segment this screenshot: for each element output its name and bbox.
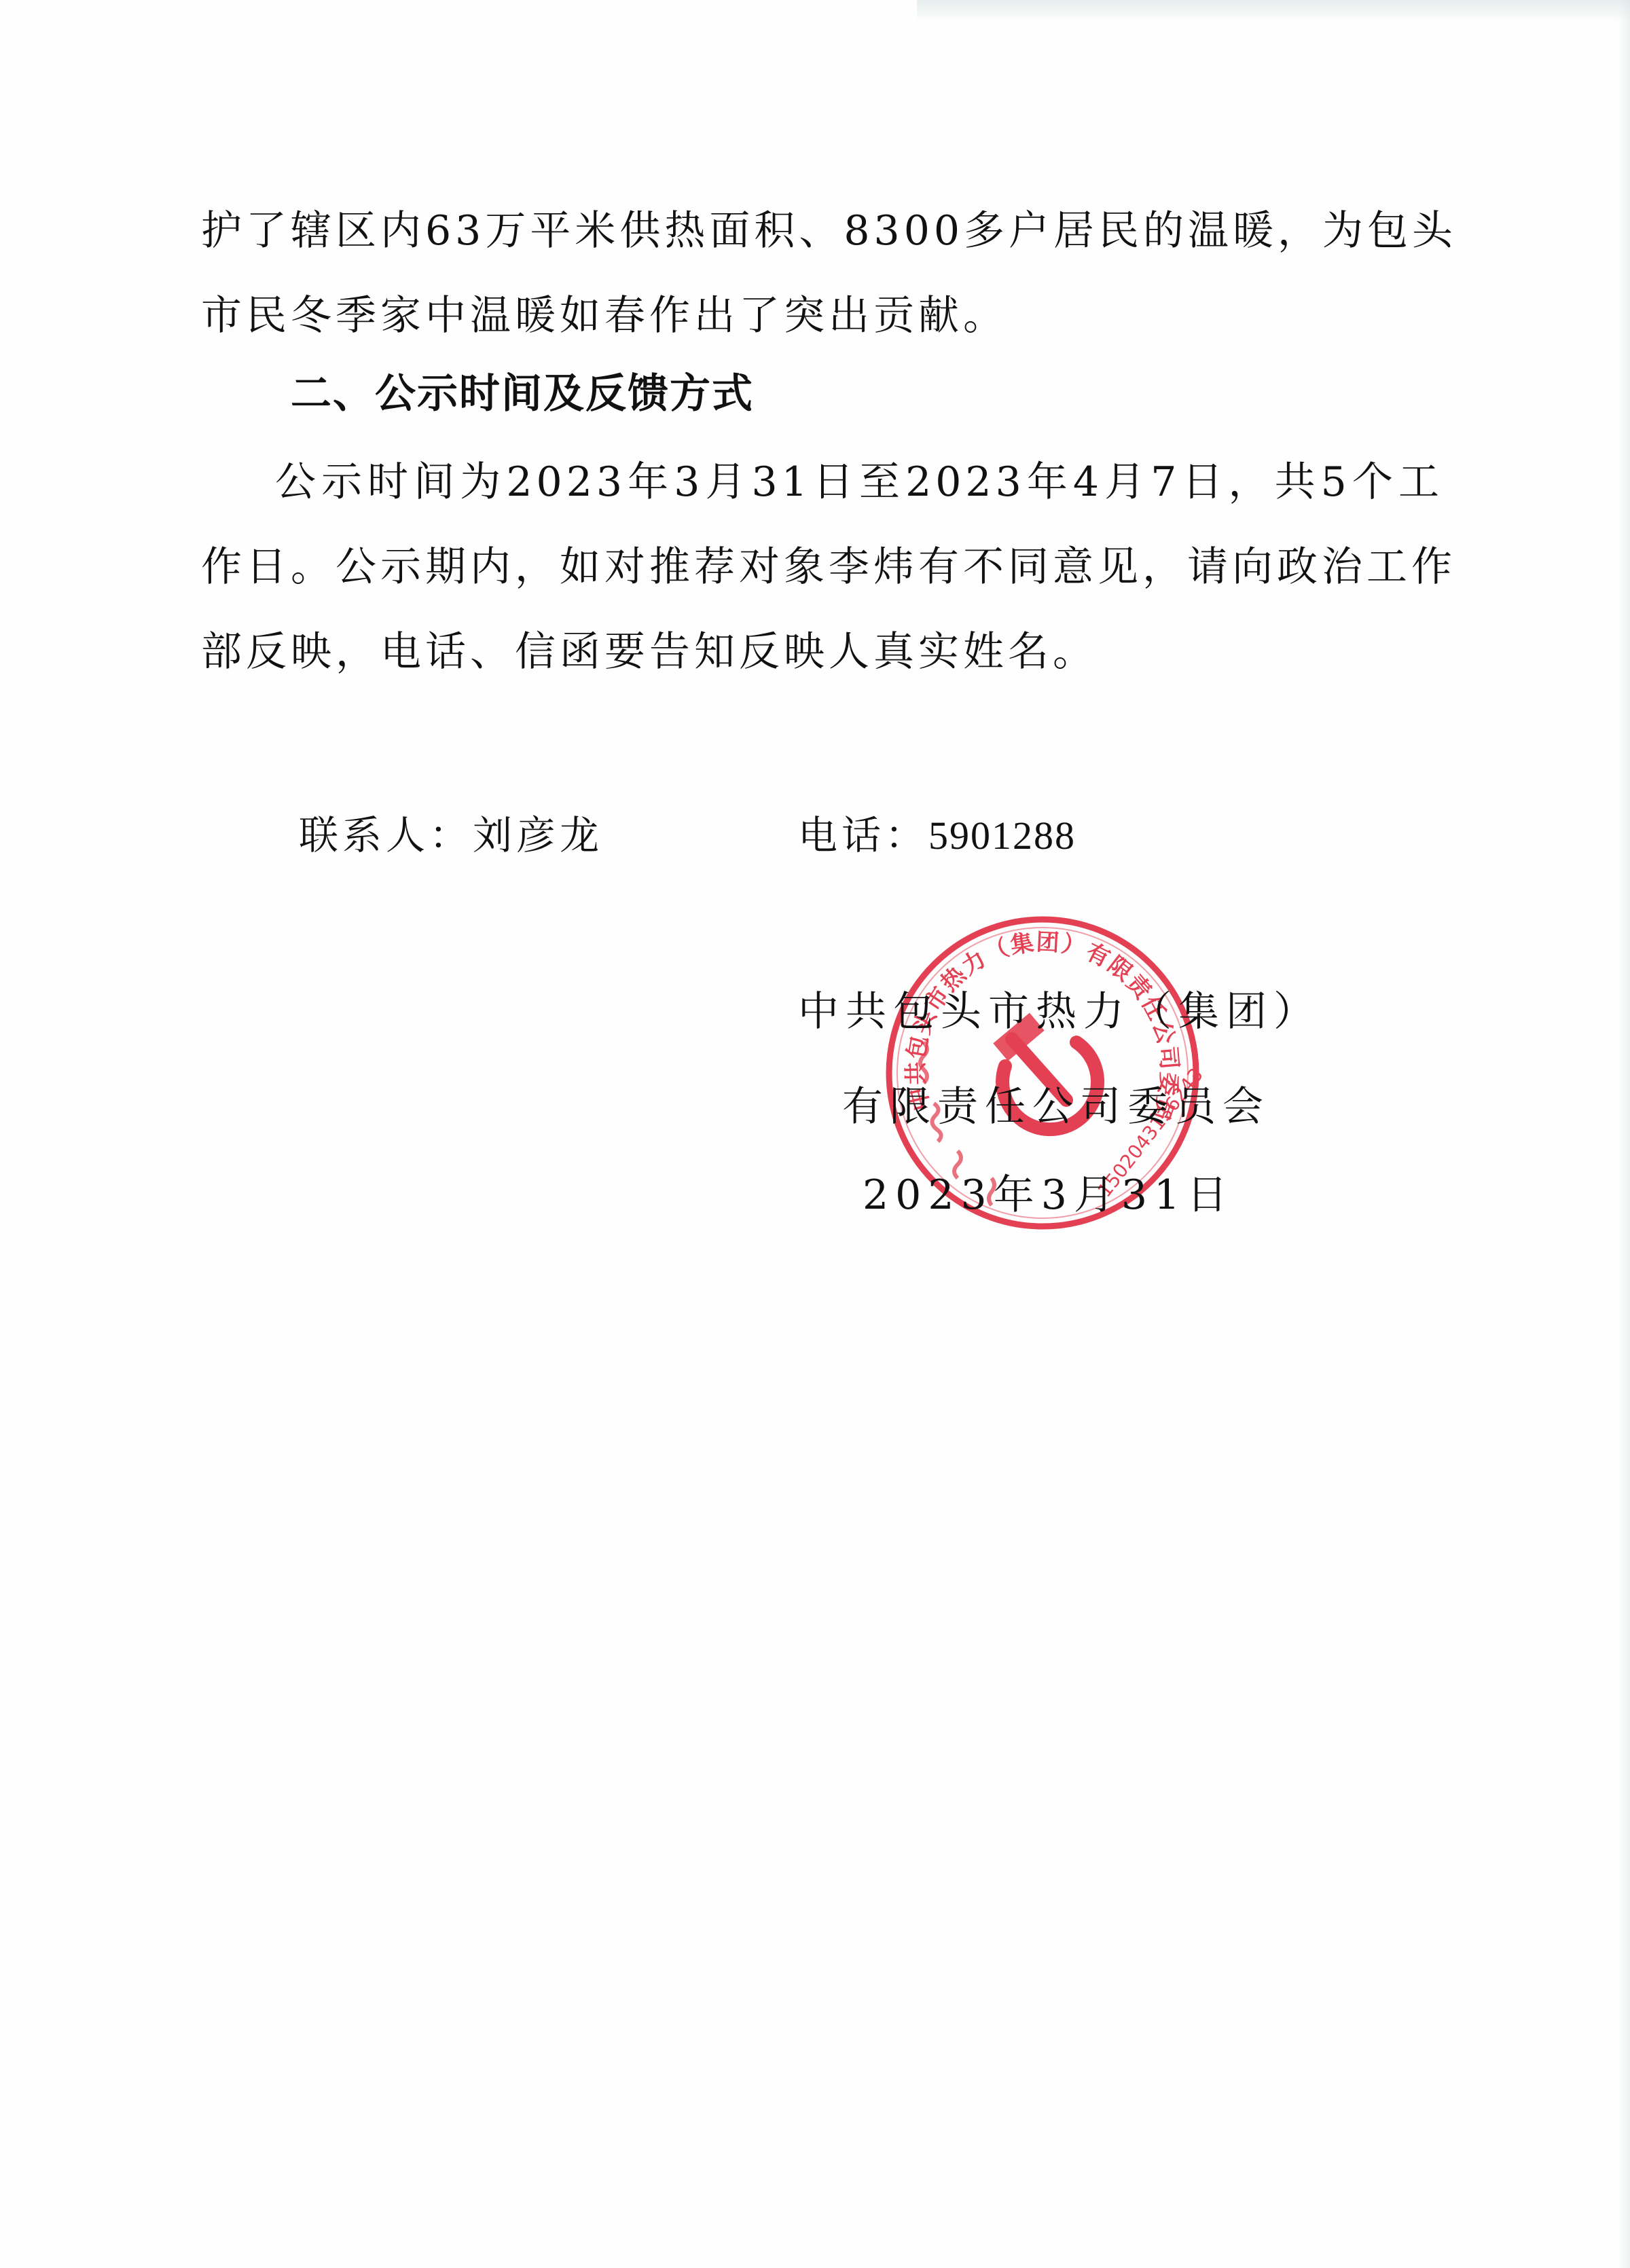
contact-person-label: 联系人： — [299, 812, 473, 858]
scan-smudge — [917, 0, 1630, 22]
signature-date: 2023年3月31日 — [863, 1168, 1234, 1222]
contact-phone-number: 5901288 — [928, 813, 1076, 858]
document-page: 护了辖区内63万平米供热面积、8300多户居民的温暖，为包头 市民冬季家中温暖如… — [0, 0, 1630, 2268]
paragraph-1-line-1: 护了辖区内63万平米供热面积、8300多户居民的温暖，为包头 — [201, 204, 1444, 258]
section-2-line-2: 作日。公示期内，如对推荐对象李炜有不同意见，请向政治工作 — [201, 540, 1444, 594]
paragraph-1-line-2: 市民冬季家中温暖如春作出了突出贡献。 — [201, 289, 1008, 343]
section-2-heading: 二、公示时间及反馈方式 — [291, 367, 754, 421]
section-2-line-3: 部反映，电话、信函要告知反映人真实姓名。 — [201, 625, 1098, 679]
contact-person: 联系人：刘彦龙 — [299, 808, 603, 862]
contact-phone-label: 电话： — [798, 812, 928, 858]
contact-person-name: 刘彦龙 — [473, 812, 603, 858]
signature-org-line-1: 中共包头市热力（集团） — [798, 985, 1321, 1039]
section-2-line-1: 公示时间为2023年3月31日至2023年4月7日，共5个工 — [275, 455, 1443, 509]
signature-org-line-2: 有限责任公司委员会 — [842, 1080, 1270, 1134]
page-edge-shadow — [1618, 0, 1630, 2268]
contact-phone: 电话：5901288 — [798, 808, 1076, 863]
